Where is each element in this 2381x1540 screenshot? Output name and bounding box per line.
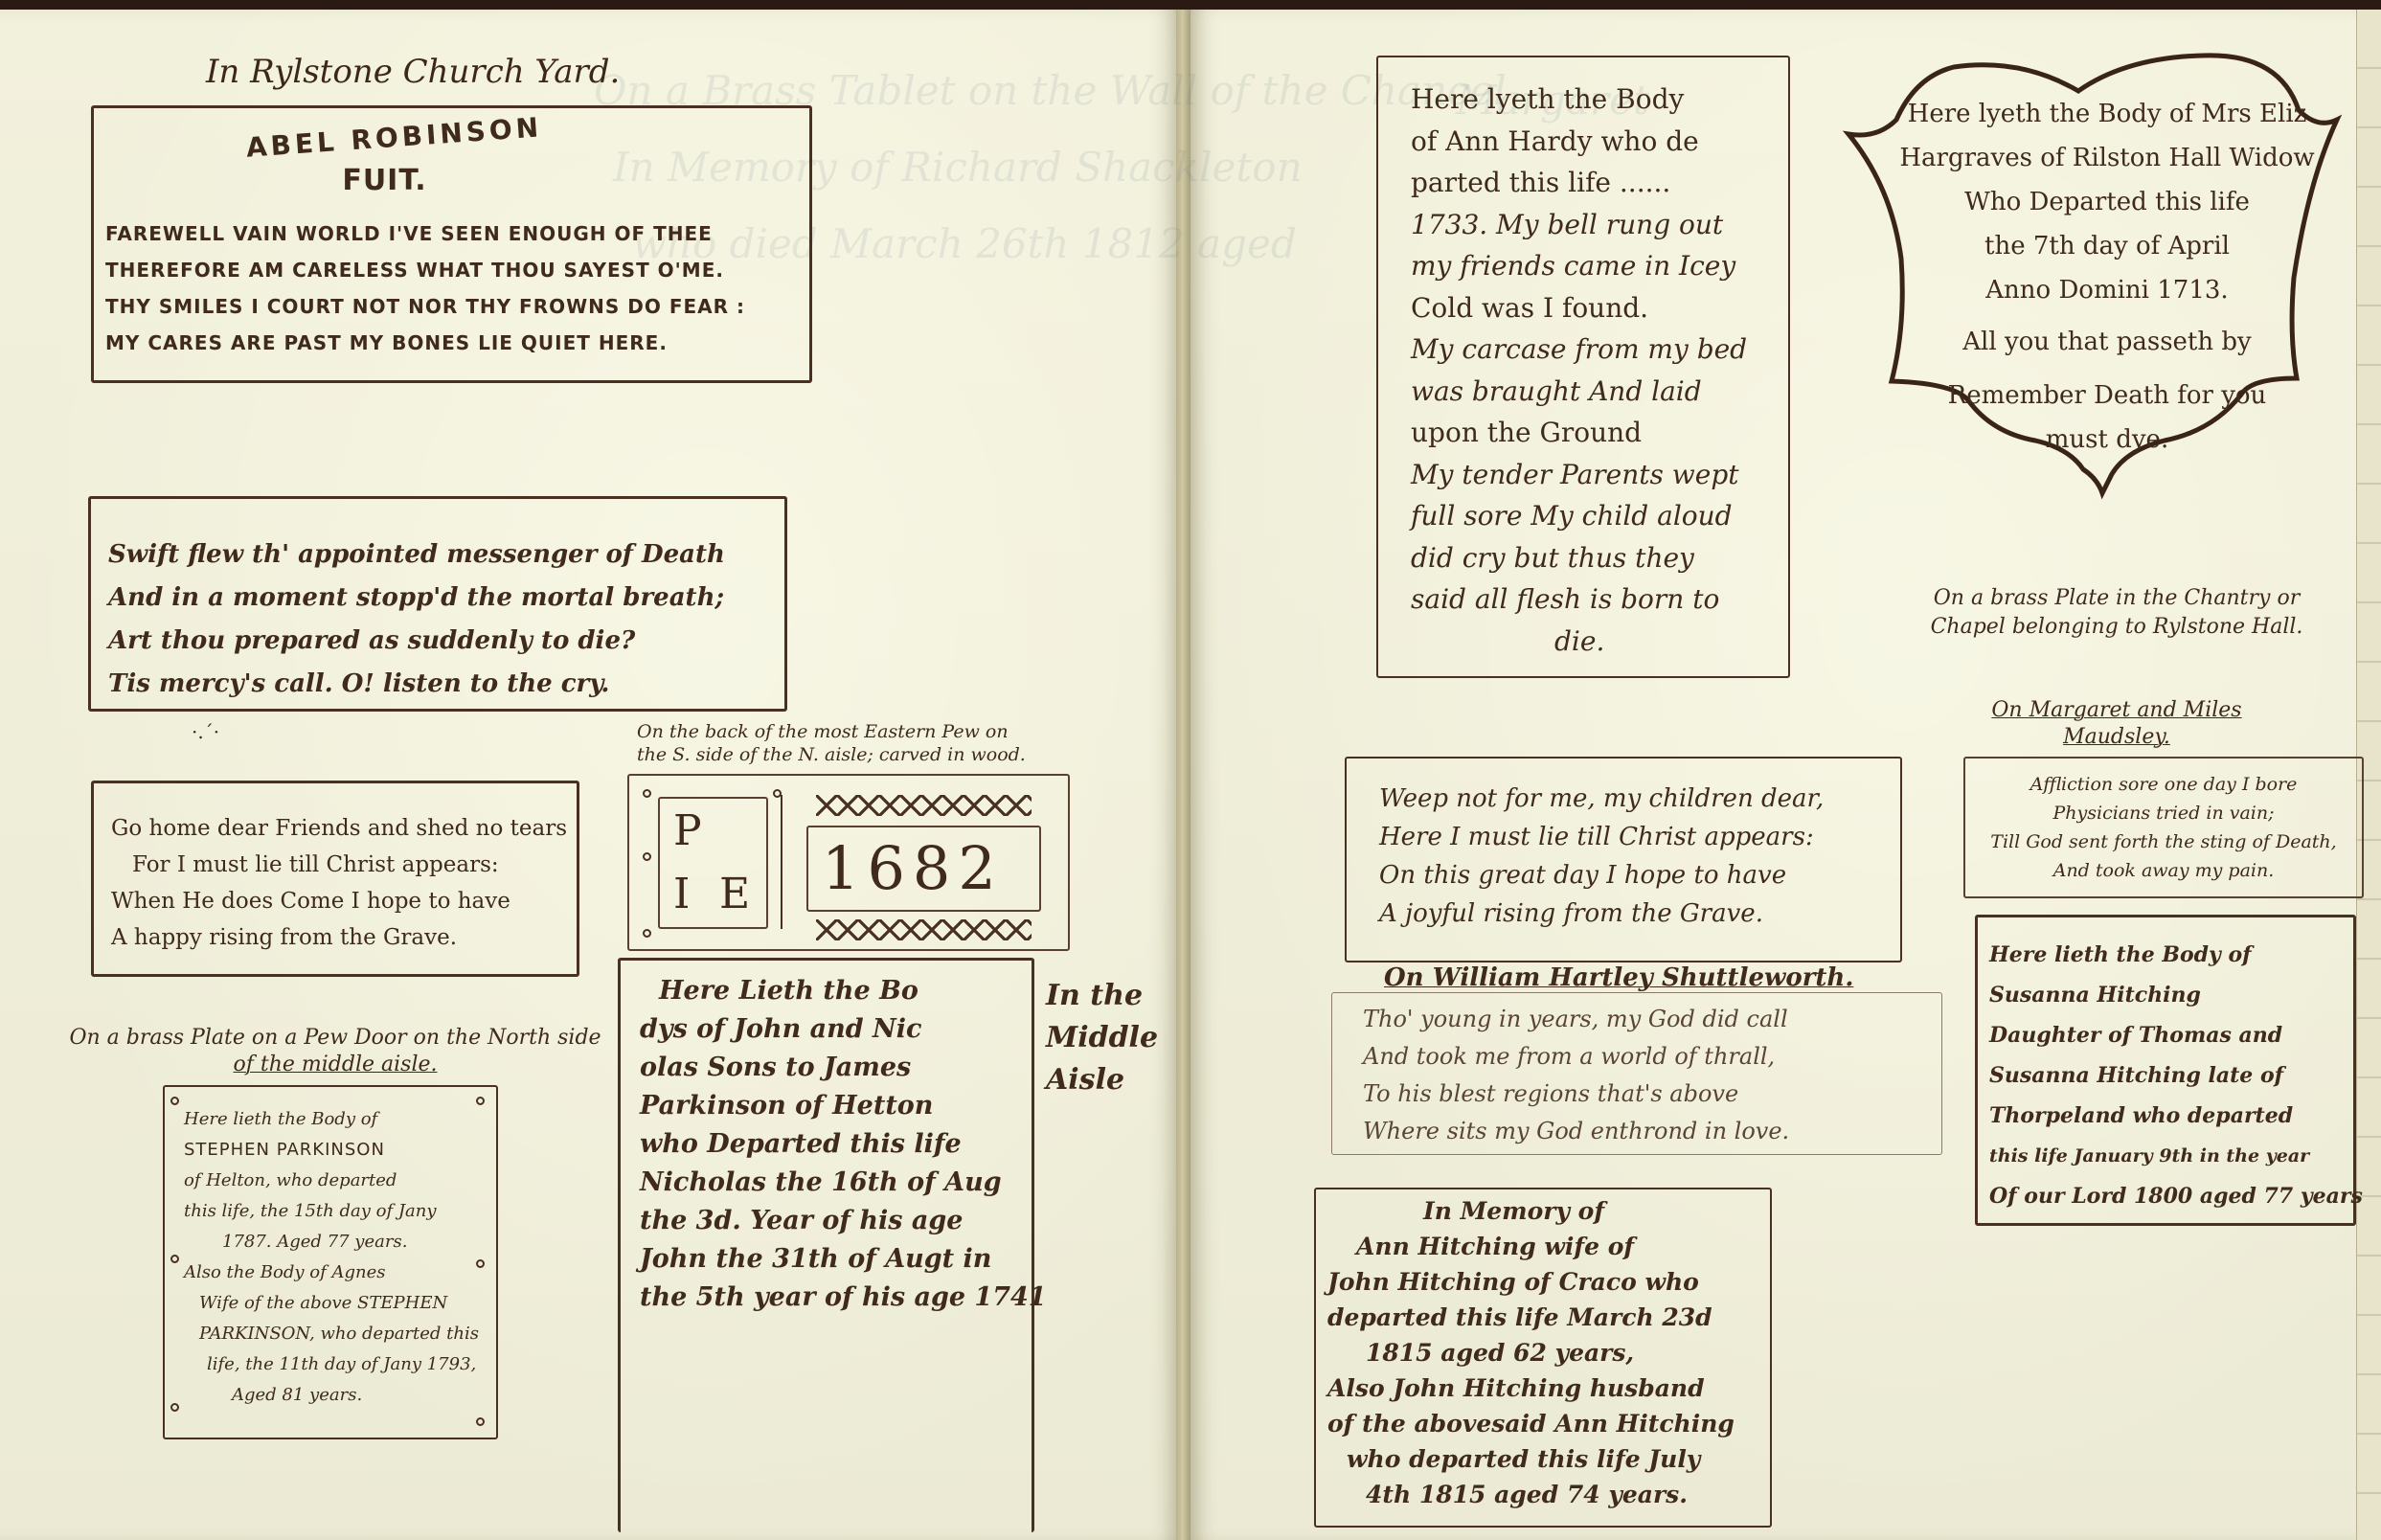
epitaph-line: departed this life March 23d bbox=[1327, 1300, 1735, 1335]
epitaph-line: Swift flew th' appointed messenger of De… bbox=[108, 533, 725, 577]
epitaph-line: In Memory of bbox=[1327, 1193, 1735, 1229]
epitaph-line: To his blest regions that's above bbox=[1363, 1076, 1789, 1113]
epitaph-line: must dye. bbox=[1872, 418, 2342, 462]
maudsley-caption: On Margaret and Miles Maudsley. bbox=[1983, 697, 2251, 751]
epitaph-line: my friends came in Icey bbox=[1411, 245, 1747, 287]
churchyard-heading: In Rylstone Church Yard. bbox=[206, 53, 620, 91]
eliz-hargraves-epitaph: Here lyeth the Body of Mrs Eliz Hargrave… bbox=[1872, 92, 2342, 462]
panel-divider bbox=[781, 795, 782, 929]
epitaph-line: Tho' young in years, my God did call bbox=[1363, 1001, 1789, 1038]
initials-panel: P I E bbox=[658, 797, 768, 929]
epitaph-line: this life January 9th in the year bbox=[1989, 1136, 2363, 1176]
abel-robinson-fuit: FUIT. bbox=[27, 164, 742, 197]
pew-carving-drawing: P I E 1682 bbox=[627, 774, 1070, 951]
rivet-icon bbox=[170, 1403, 179, 1412]
epitaph-line: upon the Ground bbox=[1411, 412, 1747, 454]
epitaph-line: MY CARES ARE PAST MY BONES LIE QUIET HER… bbox=[105, 325, 745, 361]
epitaph-line: Cold was I found. bbox=[1411, 287, 1747, 329]
epitaph-line: Go home dear Friends and shed no tears bbox=[111, 810, 567, 847]
epitaph-line: Parkinson of Hetton bbox=[640, 1087, 1047, 1125]
epitaph-line: STEPHEN PARKINSON bbox=[184, 1135, 479, 1166]
epitaph-line: On this great day I hope to have bbox=[1379, 856, 1824, 895]
rivet-icon bbox=[476, 1417, 485, 1426]
shuttleworth-heading: On William Hartley Shuttleworth. bbox=[1384, 963, 1853, 992]
epitaph-line: When He does Come I hope to have bbox=[111, 883, 567, 919]
zigzag-border-bottom bbox=[816, 919, 1032, 940]
epitaph-line: FAREWELL VAIN WORLD I'VE SEEN ENOUGH OF … bbox=[105, 215, 745, 252]
swift-flew-epitaph: Swift flew th' appointed messenger of De… bbox=[88, 496, 787, 712]
epitaph-line: Susanna Hitching late of bbox=[1989, 1055, 2363, 1096]
stephen-parkinson-plate: Here lieth the Body of STEPHEN PARKINSON… bbox=[163, 1085, 498, 1439]
epitaph-line: My carcase from my bed bbox=[1411, 328, 1747, 371]
epitaph-line: 1733. My bell rung out bbox=[1411, 204, 1747, 246]
ann-hardy-epitaph: Here lyeth the Body of Ann Hardy who de … bbox=[1376, 56, 1790, 678]
initial-i: I bbox=[673, 870, 690, 918]
year-panel: 1682 bbox=[806, 826, 1041, 912]
epitaph-line: Hargraves of Rilston Hall Widow bbox=[1872, 136, 2342, 180]
epitaph-line: full sore My child aloud bbox=[1411, 495, 1747, 537]
epitaph-line: who departed this life July bbox=[1327, 1441, 1735, 1477]
epitaph-line: Weep not for me, my children dear, bbox=[1379, 780, 1824, 818]
epitaph-line: Here Lieth the Bo bbox=[640, 972, 1047, 1010]
zigzag-border-top bbox=[816, 795, 1032, 816]
epitaph-line: Susanna Hitching bbox=[1989, 975, 2363, 1015]
epitaph-line: PARKINSON, who departed this bbox=[184, 1319, 479, 1349]
epitaph-line: Ann Hitching wife of bbox=[1327, 1229, 1735, 1264]
susanna-hitching-epitaph: Here lieth the Body of Susanna Hitching … bbox=[1975, 915, 2356, 1226]
rivet-icon bbox=[170, 1255, 179, 1263]
stephen-parkinson-caption: On a brass Plate on a Pew Door on the No… bbox=[48, 1025, 623, 1078]
epitaph-line: who Departed this life bbox=[640, 1125, 1047, 1164]
epitaph-line: 1815 aged 62 years, bbox=[1327, 1335, 1735, 1370]
epitaph-line: Aged 81 years. bbox=[184, 1380, 479, 1411]
epitaph-line: 4th 1815 aged 74 years. bbox=[1327, 1477, 1735, 1512]
epitaph-line: My tender Parents wept bbox=[1411, 454, 1747, 496]
epitaph-line: Wife of the above STEPHEN bbox=[184, 1288, 479, 1319]
epitaph-line: And took away my pain. bbox=[1965, 856, 2362, 885]
epitaph-line: of Helton, who departed bbox=[184, 1166, 479, 1196]
epitaph-line: A happy rising from the Grave. bbox=[111, 919, 567, 956]
epitaph-line: Here lieth the Body of bbox=[1989, 935, 2363, 975]
epitaph-line: Remember Death for you bbox=[1872, 374, 2342, 418]
epitaph-line: Here lyeth the Body bbox=[1411, 79, 1747, 121]
epitaph-line: Art thou prepared as suddenly to die? bbox=[108, 620, 725, 663]
initial-p: P bbox=[673, 806, 702, 855]
epitaph-line: Also John Hitching husband bbox=[1327, 1370, 1735, 1406]
ann-hitching-epitaph: In Memory of Ann Hitching wife of John H… bbox=[1314, 1188, 1772, 1528]
middle-aisle-note: In the Middle Aisle bbox=[1046, 975, 1158, 1101]
epitaph-line: the 3d. Year of his age bbox=[640, 1202, 1047, 1240]
pew-carving-caption: On the back of the most Eastern Pew on t… bbox=[637, 720, 1026, 766]
epitaph-line: did cry but thus they bbox=[1411, 537, 1747, 579]
epitaph-line: For I must lie till Christ appears: bbox=[111, 847, 567, 883]
epitaph-line: Here I must lie till Christ appears: bbox=[1379, 818, 1824, 856]
maudsley-epitaph: Affliction sore one day I bore Physician… bbox=[1963, 757, 2364, 898]
epitaph-line: Where sits my God enthrond in love. bbox=[1363, 1113, 1789, 1150]
john-nicholas-epitaph: Here Lieth the Bo dys of John and Nic ol… bbox=[618, 958, 1034, 1532]
epitaph-line: A joyful rising from the Grave. bbox=[1379, 895, 1824, 933]
rivet-icon bbox=[643, 789, 651, 798]
epitaph-line: Daughter of Thomas and bbox=[1989, 1015, 2363, 1055]
weep-not-epitaph: Weep not for me, my children dear, Here … bbox=[1345, 757, 1902, 962]
epitaph-line: THY SMILES I COURT NOT NOR THY FROWNS DO… bbox=[105, 288, 745, 325]
epitaph-line: the 5th year of his age 1741 bbox=[640, 1279, 1047, 1317]
epitaph-line: Here lyeth the Body of Mrs Eliz bbox=[1872, 92, 2342, 136]
carved-year: 1682 bbox=[822, 833, 1004, 903]
epitaph-line: Nicholas the 16th of Aug bbox=[640, 1164, 1047, 1202]
epitaph-line: Anno Domini 1713. bbox=[1872, 268, 2342, 312]
epitaph-line: said all flesh is born to bbox=[1411, 578, 1747, 621]
epitaph-line: All you that passeth by bbox=[1872, 320, 2342, 364]
epitaph-line: Of our Lord 1800 aged 77 years bbox=[1989, 1176, 2363, 1216]
epitaph-line: olas Sons to James bbox=[640, 1049, 1047, 1087]
ink-marks: ·.´· bbox=[192, 720, 219, 743]
rivet-icon bbox=[643, 929, 651, 938]
epitaph-line: the 7th day of April bbox=[1872, 224, 2342, 268]
shuttleworth-epitaph: Tho' young in years, my God did call And… bbox=[1331, 992, 1942, 1155]
epitaph-line: parted this life ...... bbox=[1411, 162, 1747, 204]
epitaph-line: life, the 11th day of Jany 1793, bbox=[184, 1349, 479, 1380]
epitaph-line: And took me from a world of thrall, bbox=[1363, 1038, 1789, 1076]
epitaph-line: Who Departed this life bbox=[1872, 180, 2342, 224]
epitaph-line: Physicians tried in vain; bbox=[1965, 799, 2362, 827]
epitaph-line: this life, the 15th day of Jany bbox=[184, 1196, 479, 1227]
epitaph-line: THEREFORE AM CARELESS WHAT THOU SAYEST O… bbox=[105, 252, 745, 288]
abel-robinson-epitaph: ABEL ROBINSON FUIT. FAREWELL VAIN WORLD … bbox=[91, 105, 812, 383]
epitaph-line: Also the Body of Agnes bbox=[184, 1257, 479, 1288]
epitaph-line: And in a moment stopp'd the mortal breat… bbox=[108, 577, 725, 620]
epitaph-line: John Hitching of Craco who bbox=[1327, 1264, 1735, 1300]
rivet-icon bbox=[170, 1097, 179, 1105]
initial-e: E bbox=[719, 870, 750, 918]
epitaph-line: was braught And laid bbox=[1411, 371, 1747, 413]
epitaph-line: dys of John and Nic bbox=[640, 1010, 1047, 1049]
epitaph-line: John the 31th of Augt in bbox=[640, 1240, 1047, 1279]
eliz-hargraves-caption: On a brass Plate in the Chantry or Chape… bbox=[1877, 584, 2356, 642]
epitaph-line: die. bbox=[1411, 621, 1747, 663]
epitaph-line: 1787. Aged 77 years. bbox=[184, 1227, 479, 1257]
epitaph-line: Tis mercy's call. O! listen to the cry. bbox=[108, 663, 725, 706]
epitaph-line: Here lieth the Body of bbox=[184, 1104, 479, 1135]
epitaph-line: of Ann Hardy who de bbox=[1411, 121, 1747, 163]
go-home-epitaph: Go home dear Friends and shed no tears F… bbox=[91, 781, 579, 977]
epitaph-line: Thorpeland who departed bbox=[1989, 1096, 2363, 1136]
epitaph-line: Affliction sore one day I bore bbox=[1965, 770, 2362, 799]
epitaph-line: of the abovesaid Ann Hitching bbox=[1327, 1406, 1735, 1441]
rivet-icon bbox=[643, 852, 651, 861]
epitaph-line: Till God sent forth the sting of Death, bbox=[1965, 827, 2362, 856]
